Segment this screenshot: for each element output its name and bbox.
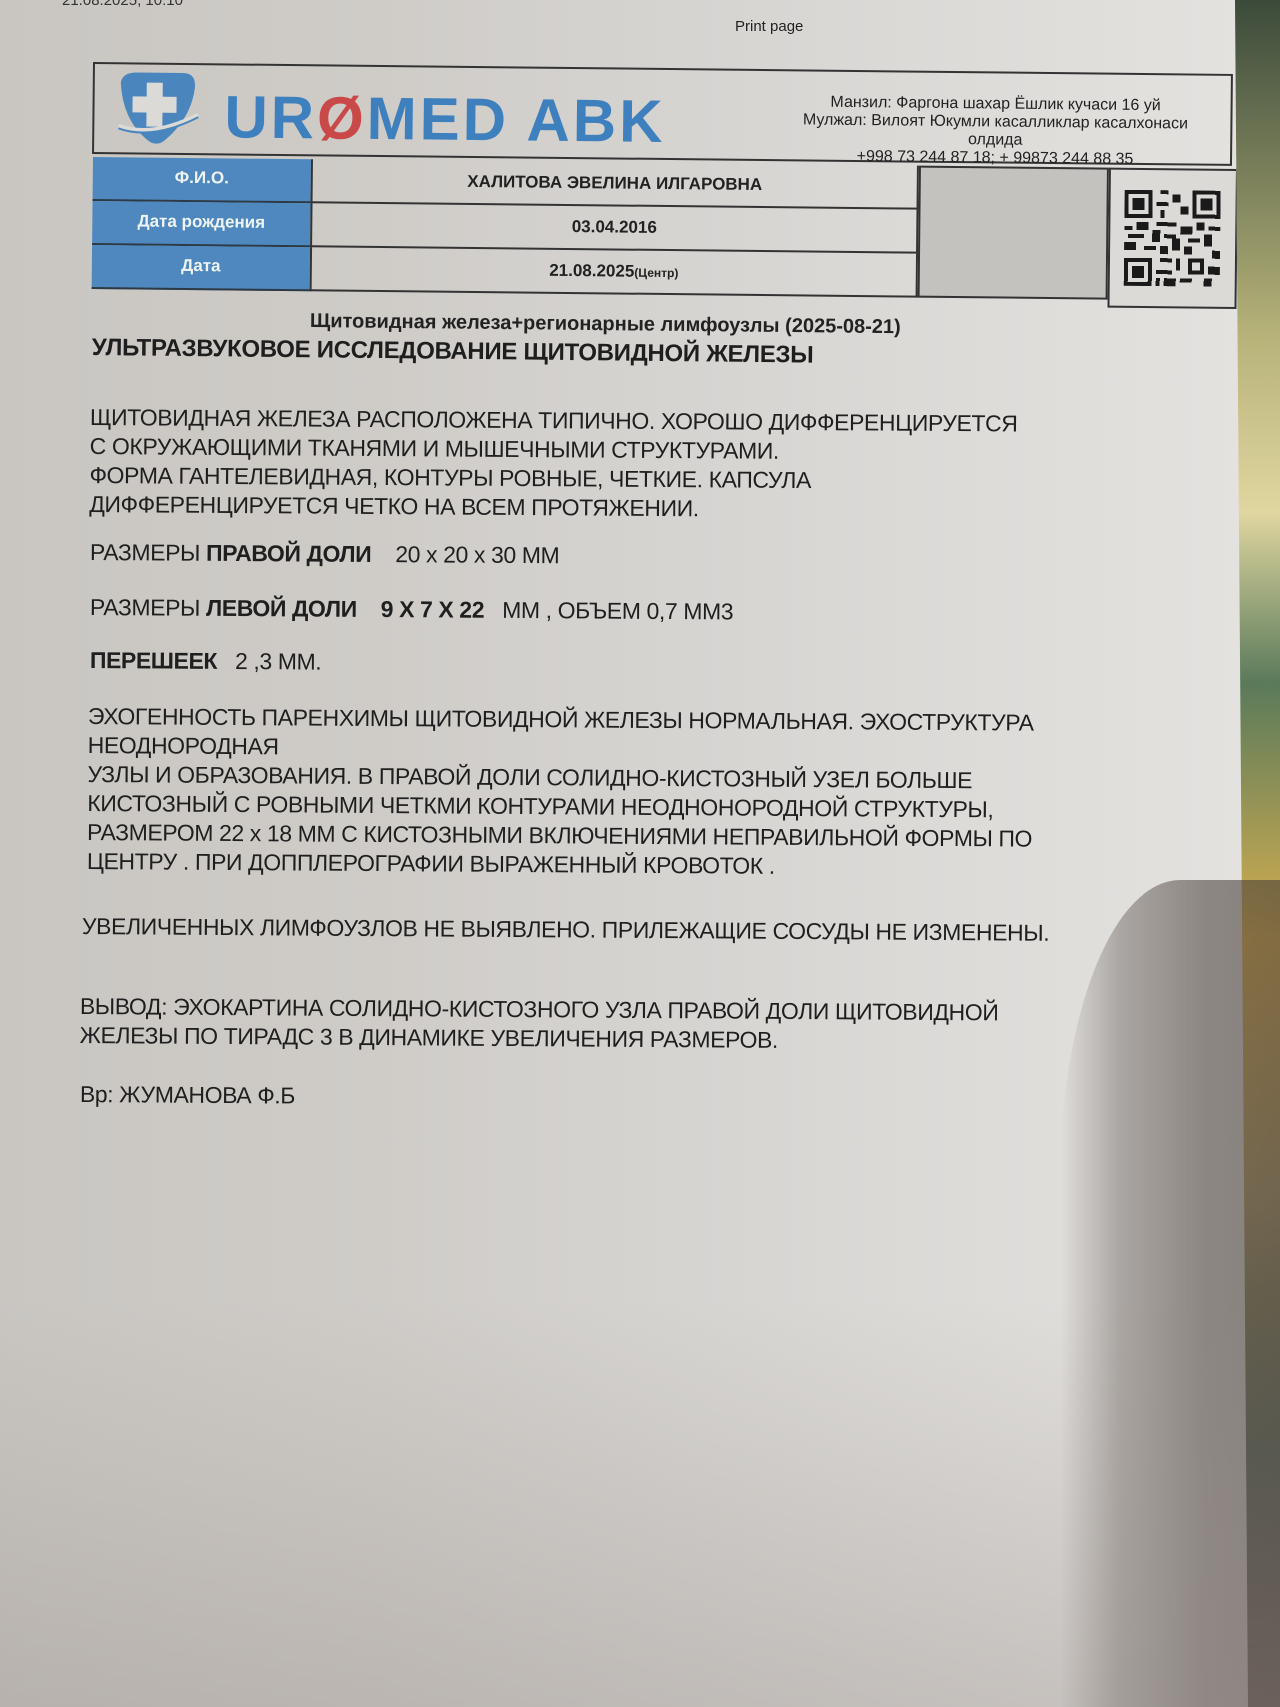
echogenicity-paragraph: ЭХОГЕННОСТЬ ПАРЕНХИМЫ ЩИТОВИДНОЙ ЖЕЛЕЗЫ … xyxy=(87,702,1034,883)
exam-subtitle: Щитовидная железа+регионарные лимфоузлы … xyxy=(310,310,901,339)
gender-symbol-icon: Ø xyxy=(317,84,367,152)
exam-location: (Центр) xyxy=(634,266,678,280)
exam-date: 21.08.2025 xyxy=(549,261,634,281)
dob-label: Дата рождения xyxy=(92,201,310,247)
isthmus-label: ПЕРЕШЕЕК xyxy=(90,647,217,674)
conclusion-paragraph: ВЫВОД: ЭХОКАРТИНА СОЛИДНО-КИСТОЗНОГО УЗЛ… xyxy=(80,992,999,1056)
clinic-header: URØMED ABK Манзил: Фаргона шахар Ёшлик к… xyxy=(92,62,1233,166)
print-timestamp: 21.08.2025, 10:10 xyxy=(62,0,183,9)
right-lobe-size: РАЗМЕРЫ ПРАВОЙ ДОЛИ 20 x 20 x 30 MM xyxy=(90,538,560,570)
print-page-label: Print page xyxy=(735,18,803,35)
right-lobe-value: 20 x 20 x 30 MM xyxy=(395,541,559,568)
brand-text-ur: UR xyxy=(224,83,317,151)
date-value: 21.08.2025(Центр) xyxy=(310,247,918,297)
clinic-address: Манзил: Фаргона шахар Ёшлик кучаси 16 уй… xyxy=(760,93,1231,170)
report-title: УЛЬТРАЗВУКОВОЕ ИССЛЕДОВАНИЕ ЩИТОВИДНОЙ Ж… xyxy=(92,334,814,370)
patient-info-table: Ф.И.О. ХАЛИТОВА ЭВЕЛИНА ИЛГАРОВНА Дата р… xyxy=(91,157,1238,329)
lymph-nodes-finding: УВЕЛИЧЕННЫХ ЛИМФОУЗЛОВ НЕ ВЫЯВЛЕНО. ПРИЛ… xyxy=(82,912,1050,948)
right-lobe-label: ПРАВОЙ ДОЛИ xyxy=(206,540,371,567)
text-line: ДИФФЕРЕНЦИРУЕТСЯ ЧЕТКО НА ВСЕМ ПРОТЯЖЕНИ… xyxy=(89,490,1017,525)
dob-value: 03.04.2016 xyxy=(310,203,918,253)
date-label: Дата xyxy=(92,245,310,291)
size-prefix: РАЗМЕРЫ xyxy=(90,594,206,621)
qr-code-icon xyxy=(1124,190,1221,287)
medical-cross-shield-icon xyxy=(112,68,203,149)
left-lobe-size: РАЗМЕРЫ ЛЕВОЙ ДОЛИ 9 X 7 X 22 MM , ОБЪЕМ… xyxy=(90,593,734,626)
clinic-brand-logo: URØMED ABK xyxy=(224,87,666,152)
doctor-signature: Вр: ЖУМАНОВА Ф.Б xyxy=(80,1080,295,1111)
isthmus-value: 2 ,3 MM. xyxy=(235,648,321,675)
size-prefix: РАЗМЕРЫ xyxy=(90,539,206,566)
fio-label: Ф.И.О. xyxy=(93,157,311,203)
row-date: Дата 21.08.2025(Центр) xyxy=(92,245,918,298)
photo-placeholder xyxy=(918,166,1109,300)
left-lobe-value: 9 X 7 X 22 xyxy=(381,596,485,623)
left-lobe-volume: MM , ОБЪЕМ 0,7 ММ3 xyxy=(502,597,733,625)
page-shadow xyxy=(0,1300,1280,1707)
isthmus-size: ПЕРЕШЕЕК 2 ,3 MM. xyxy=(90,646,322,677)
description-paragraph: ЩИТОВИДНАЯ ЖЕЛЕЗА РАСПОЛОЖЕНА ТИПИЧНО. Х… xyxy=(89,403,1017,525)
fio-value: ХАЛИТОВА ЭВЕЛИНА ИЛГАРОВНА xyxy=(311,159,919,209)
left-lobe-label: ЛЕВОЙ ДОЛИ xyxy=(206,595,357,622)
qr-code-cell xyxy=(1107,168,1237,309)
brand-text-med-abk: MED ABK xyxy=(366,85,665,155)
